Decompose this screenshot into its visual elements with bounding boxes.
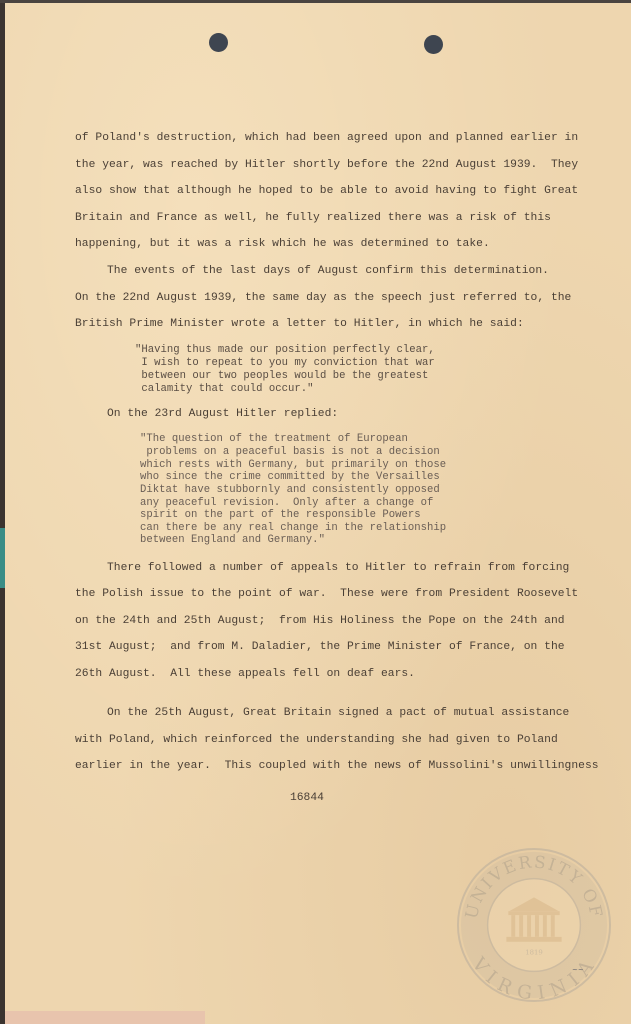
text-line: of Poland's destruction, which had been … xyxy=(75,131,578,145)
text-line: British Prime Minister wrote a letter to… xyxy=(75,317,524,331)
text-line: On the 23rd August Hitler replied: xyxy=(107,407,338,421)
university-seal-watermark: UNIVERSITY OF VIRGINIA 1819 xyxy=(455,846,613,1004)
text-line: 26th August. All these appeals fell on d… xyxy=(75,667,415,681)
quote-line: "Having thus made our position perfectly… xyxy=(135,344,435,357)
text-line: the Polish issue to the point of war. Th… xyxy=(75,587,578,601)
quote-line: between our two peoples would be the gre… xyxy=(135,370,428,383)
text-line: 31st August; and from M. Daladier, the P… xyxy=(75,640,565,654)
quote-line: calamity that could occur." xyxy=(135,383,314,396)
quote-line: who since the crime committed by the Ver… xyxy=(140,471,440,484)
text-line: Britain and France as well, he fully rea… xyxy=(75,211,551,225)
text-line: The events of the last days of August co… xyxy=(107,264,549,278)
page-number: 16844 xyxy=(290,792,324,804)
quote-line: spirit on the part of the responsible Po… xyxy=(140,509,421,522)
text-line: On the 22nd August 1939, the same day as… xyxy=(75,291,571,305)
quote-line: Diktat have stubbornly and consistently … xyxy=(140,484,440,497)
quote-line: problems on a peaceful basis is not a de… xyxy=(140,446,440,459)
quote-line: any peaceful revision. Only after a chan… xyxy=(140,497,433,510)
quote-line: can there be any real change in the rela… xyxy=(140,522,446,535)
seal-year: 1819 xyxy=(525,949,543,957)
text-line: the year, was reached by Hitler shortly … xyxy=(75,158,578,172)
quote-line: I wish to repeat to you my conviction th… xyxy=(135,357,435,370)
text-line: on the 24th and 25th August; from His Ho… xyxy=(75,614,565,628)
text-line: On the 25th August, Great Britain signed… xyxy=(107,706,569,720)
quote-line: which rests with Germany, but primarily … xyxy=(140,459,446,472)
quote-line: between England and Germany." xyxy=(140,534,325,547)
quote-line: "The question of the treatment of Europe… xyxy=(140,433,408,446)
text-line: There followed a number of appeals to Hi… xyxy=(107,561,569,575)
text-line: happening, but it was a risk which he wa… xyxy=(75,237,490,251)
archival-stamp-mark: ~~ xyxy=(572,966,584,974)
text-line: also show that although he hoped to be a… xyxy=(75,184,578,198)
text-line: earlier in the year. This coupled with t… xyxy=(75,759,599,773)
text-line: with Poland, which reinforced the unders… xyxy=(75,733,558,747)
